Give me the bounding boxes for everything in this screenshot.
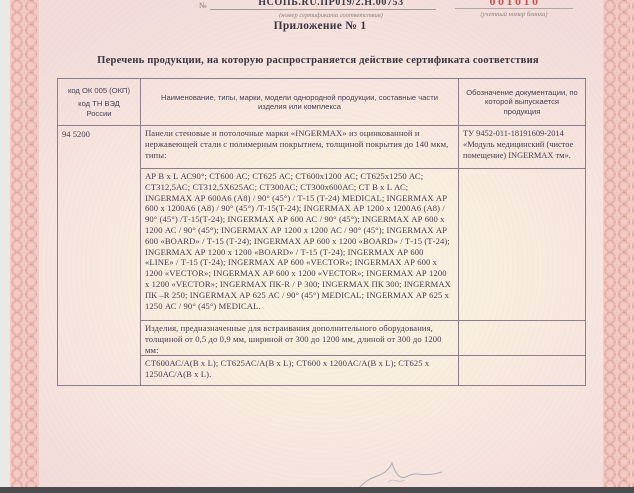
certificate-number: НСОПБ.RU.ПР019/2.Н.00753 <box>225 0 437 8</box>
header-code-line2: код ТН ВЭД <box>78 99 120 109</box>
table-row-types-list: АР В х L АС90°; СТ600 АС; СТ625 АС; СТ60… <box>141 169 459 321</box>
certificate-number-underline <box>210 9 436 10</box>
table-header-name: Наименование, типы, марки, модели одноро… <box>141 79 459 126</box>
doc-designation-cell: ТУ 9452-011-18191609-2014 «Модуль медици… <box>459 126 586 169</box>
header-code-line3: России <box>86 109 111 119</box>
table-row-embedded-products: Изделия, предназначенные для встраивания… <box>141 321 459 356</box>
table-header-code: код ОК 005 (ОКП) код ТН ВЭД России <box>58 79 141 126</box>
empty-cell <box>459 321 586 356</box>
table-row-product-name: Панели стеновые и потолочные марки «INGE… <box>141 126 459 169</box>
table-row-ct-types: СТ600АС/А(В х L); СТ625АС/А(В х L); СТ60… <box>141 356 459 386</box>
table-header-docs: Обозначение документации, по которой вып… <box>459 79 586 126</box>
certificate-number-caption: (номер сертификата соответствия) <box>225 12 437 19</box>
okp-code-cell: 94 5200 <box>58 126 141 386</box>
scanner-edge-strip <box>0 487 634 493</box>
page-title: Перечень продукции, на которую распростр… <box>48 55 588 66</box>
header-code-line1: код ОК 005 (ОКП) <box>68 86 130 96</box>
appendix-title: Приложение № 1 <box>140 20 500 32</box>
blank-number-caption: (учетный номер бланка) <box>452 11 576 18</box>
empty-cell <box>459 356 586 386</box>
certificate-scan: № НСОПБ.RU.ПР019/2.Н.00753 (номер сертиф… <box>0 0 634 493</box>
header-name-text: Наименование, типы, марки, модели одноро… <box>154 93 446 112</box>
header-docs-text: Обозначение документации, по которой вып… <box>466 88 578 117</box>
number-sign: № <box>199 1 207 10</box>
signature-mark <box>350 460 450 490</box>
left-guilloche-border <box>10 0 39 487</box>
right-guilloche-border <box>603 0 634 487</box>
blank-number-underline <box>455 8 573 9</box>
product-table: код ОК 005 (ОКП) код ТН ВЭД России Наиме… <box>57 78 586 386</box>
empty-cell <box>459 169 586 321</box>
